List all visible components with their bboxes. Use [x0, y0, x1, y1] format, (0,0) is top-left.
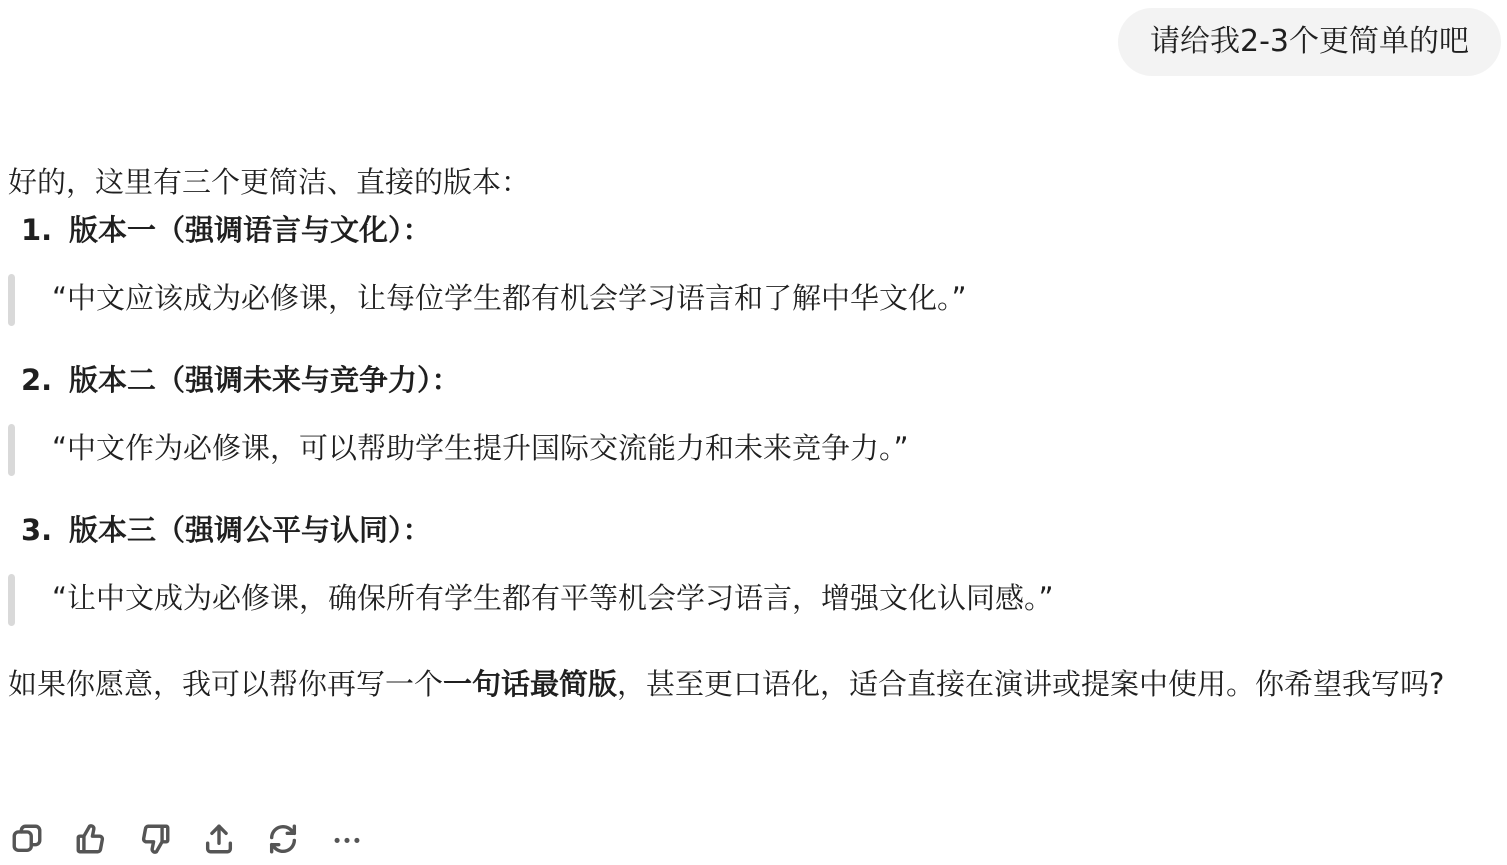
version-heading: 3. 版本三（强调公平与认同）： [8, 506, 1507, 554]
version-title: 版本三（强调公平与认同）： [69, 506, 432, 554]
user-message-bubble: 请给我2-3个更简单的吧 [1118, 8, 1501, 76]
thumbs-up-button[interactable] [74, 820, 108, 858]
version-title: 版本一（强调语言与文化）： [69, 206, 432, 254]
closing-text-after: ，甚至更口语化，适合直接在演讲或提案中使用。你希望我写吗? [617, 667, 1444, 701]
closing-text-bold: 一句话最简版 [443, 667, 617, 701]
closing-text-before: 如果你愿意，我可以帮你再写一个 [8, 667, 443, 701]
thumbs-down-icon [138, 822, 172, 856]
version-item-3: 3. 版本三（强调公平与认同）： “让中文成为必修课，确保所有学生都有平等机会学… [8, 506, 1507, 634]
version-item-1: 1. 版本一（强调语言与文化）： “中文应该成为必修课，让每位学生都有机会学习语… [8, 206, 1507, 334]
share-icon [202, 822, 236, 856]
version-quote: “中文作为必修课，可以帮助学生提升国际交流能力和未来竞争力。” [8, 418, 1507, 484]
more-icon [330, 822, 364, 856]
copy-icon [10, 822, 44, 856]
refresh-icon [266, 822, 300, 856]
assistant-intro: 好的，这里有三个更简洁、直接的版本： [8, 158, 1507, 206]
list-number: 2. [21, 356, 69, 404]
version-quote: “让中文成为必修课，确保所有学生都有平等机会学习语言，增强文化认同感。” [8, 568, 1507, 634]
list-number: 1. [21, 206, 69, 254]
thumbs-up-icon [74, 822, 108, 856]
version-heading: 1. 版本一（强调语言与文化）： [8, 206, 1507, 254]
message-actions [10, 820, 364, 858]
version-item-2: 2. 版本二（强调未来与竞争力）： “中文作为必修课，可以帮助学生提升国际交流能… [8, 356, 1507, 484]
assistant-message: 好的，这里有三个更简洁、直接的版本： 1. 版本一（强调语言与文化）： “中文应… [8, 158, 1507, 712]
regenerate-button[interactable] [266, 820, 300, 858]
more-button[interactable] [330, 820, 364, 858]
user-message-row: 请给我2-3个更简单的吧 [1118, 8, 1501, 76]
version-quote: “中文应该成为必修课，让每位学生都有机会学习语言和了解中华文化。” [8, 268, 1507, 334]
copy-button[interactable] [10, 820, 44, 858]
thumbs-down-button[interactable] [138, 820, 172, 858]
version-title: 版本二（强调未来与竞争力）： [69, 356, 461, 404]
assistant-closing: 如果你愿意，我可以帮你再写一个一句话最简版，甚至更口语化，适合直接在演讲或提案中… [8, 656, 1507, 712]
version-heading: 2. 版本二（强调未来与竞争力）： [8, 356, 1507, 404]
list-number: 3. [21, 506, 69, 554]
share-button[interactable] [202, 820, 236, 858]
